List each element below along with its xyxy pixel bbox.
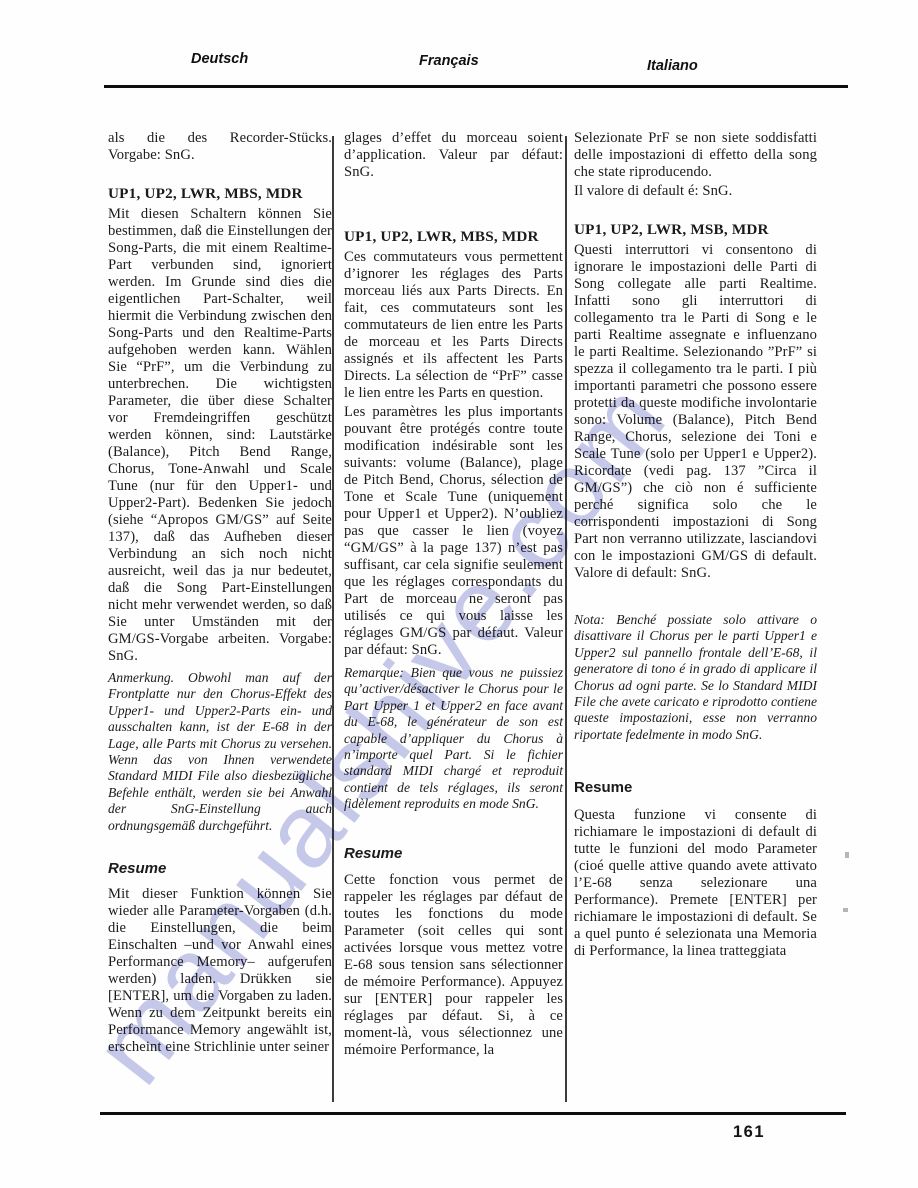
column-divider-1 — [332, 136, 334, 1102]
header-rule — [104, 85, 848, 88]
scan-artifact — [845, 852, 849, 858]
paragraph: Mit diesen Schaltern können Sie bestimme… — [108, 206, 332, 665]
paragraph: Questi interruttori vi consentono di ign… — [574, 242, 817, 582]
document-page: Deutsch Français Italiano als die des Re… — [0, 0, 918, 1188]
paragraph: Questa funzione vi consente di richiamar… — [574, 807, 817, 960]
section-heading: UP1, UP2, LWR, MSB, MDR — [574, 220, 817, 239]
paragraph: Mit dieser Funktion können Sie wieder al… — [108, 886, 332, 1056]
paragraph: als die des Recorder-Stücks. Vorgabe: Sn… — [108, 130, 332, 164]
subsection-heading: Resume — [344, 845, 563, 863]
column-deutsch: als die des Recorder-Stücks. Vorgabe: Sn… — [108, 130, 332, 1056]
note: Anmerkung. Obwohl man auf der Frontplatt… — [108, 670, 332, 834]
column-italiano: Selezionate PrF se non siete soddisfatti… — [574, 130, 817, 960]
subsection-heading: Resume — [574, 779, 817, 797]
column-francais: glages d’effet du morceau soient d’appli… — [344, 130, 563, 1059]
paragraph: Ces commutateurs vous permettent d’ignor… — [344, 249, 563, 402]
column-divider-2 — [565, 136, 567, 1102]
note: Remarque: Bien que vous ne puissiez qu’a… — [344, 665, 563, 813]
scan-artifact — [843, 908, 848, 912]
paragraph: Il valore di default é: SnG. — [574, 183, 817, 200]
header-language-label-italiano: Italiano — [647, 58, 698, 74]
page-number: 161 — [690, 1123, 765, 1142]
paragraph: Selezionate PrF se non siete soddisfatti… — [574, 130, 817, 181]
section-heading: UP1, UP2, LWR, MBS, MDR — [344, 227, 563, 246]
note: Nota: Benché possiate solo attivare o di… — [574, 612, 817, 743]
footer-rule — [100, 1112, 846, 1115]
subsection-heading: Resume — [108, 860, 332, 878]
section-heading: UP1, UP2, LWR, MBS, MDR — [108, 184, 332, 203]
paragraph: glages d’effet du morceau soient d’appli… — [344, 130, 563, 181]
paragraph: Les paramètres les plus importants pouva… — [344, 404, 563, 659]
header-language-label-francais: Français — [419, 53, 479, 69]
header-language-label-deutsch: Deutsch — [191, 51, 248, 67]
paragraph: Cette fonction vous permet de rappeler l… — [344, 872, 563, 1059]
